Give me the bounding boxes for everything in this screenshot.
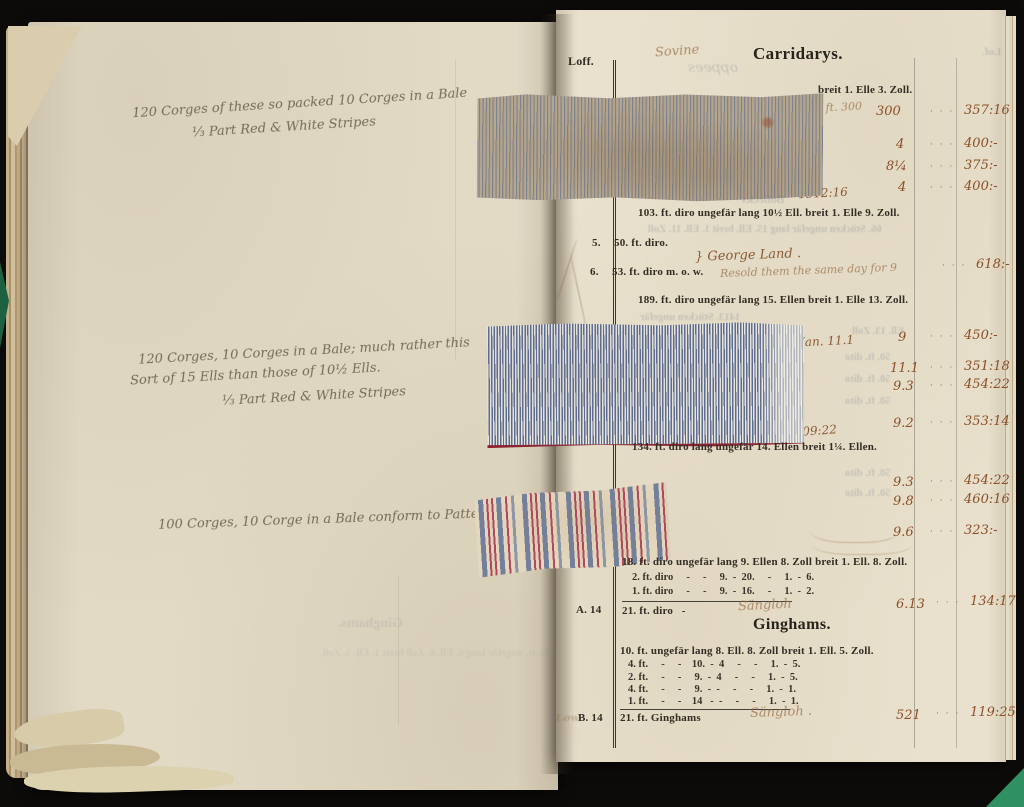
ledger-entry: 18. ft. diro ungefär lang 9. Ellen 8. Zo… (622, 556, 907, 568)
ledger-entry: 103. ft. diro ungefär lang 10½ Ell. brei… (638, 207, 900, 219)
qty-value: 300 (876, 104, 901, 119)
bale-mark: B. 14 (578, 712, 603, 724)
handwritten-annotation: Sängloh (738, 597, 792, 615)
page-title: Carridarys. (753, 44, 843, 64)
bale-mark: A. 14 (576, 604, 601, 616)
price-value: 9.3 (893, 379, 914, 394)
price-value: 6.13 (896, 597, 925, 612)
ghost-column-rule (455, 60, 456, 360)
qty-value: 4 (896, 137, 904, 152)
price-value: 9.3 (893, 475, 914, 490)
ledger-entry: 53. ft. diro m. o. w. (612, 266, 703, 278)
price-value: 9.2 (893, 416, 914, 431)
entry-number: 5. (592, 237, 601, 249)
showthrough-text: 50. ft. dito (845, 352, 891, 363)
ledger-entry: 10. ft. ungefär lang 8. Ell. 8. Zoll bre… (620, 645, 874, 657)
size-line: breit 1. Elle 3. Zoll. (818, 84, 912, 96)
green-accent-corner (986, 768, 1024, 807)
ledger-table-row: 4. ft. - - 9. - - - - 1. - 1. (628, 684, 796, 695)
showthrough-text: 50. ft. dito (845, 488, 891, 499)
showthrough-text: Lof. (982, 46, 1001, 58)
showthrough-text: 50. ft. dito (845, 396, 891, 407)
showthrough-text: 50. ft. dito (845, 468, 891, 479)
qty-value: 4 (898, 180, 906, 195)
amount-value: 375:- (930, 158, 998, 173)
fabric-swatch-blue-white-pinstripe (487, 322, 805, 448)
amount-value: 134:17 (936, 594, 1016, 609)
section-title-ginghams: Ginghams. (753, 616, 831, 634)
price-value: 9 (898, 330, 906, 345)
showthrough-text: 50. ft. dito (845, 374, 891, 385)
column-header-loff: Loff. (568, 54, 594, 69)
handwritten-annotation: Jan. 11.1 (800, 333, 855, 350)
photograph-of-ledger-book: Ginghams. 10. ft. ungefär lang 8. Ell. 8… (0, 0, 1024, 807)
ledger-total-row: 21. ft. diro - (622, 605, 686, 617)
showthrough-text: Ell. 13. Zoll (852, 326, 904, 337)
price-value: 11.1 (890, 361, 919, 376)
amount-value: 353:14 (930, 414, 1010, 429)
showthrough-text: 66. Stücken ungefär lang 15. Ell. breit … (648, 224, 882, 235)
ledger-table-row: 1. ft. diro - - 9. - 16. - 1. - 2. (632, 586, 814, 597)
handwritten-annotation: Sängloh . (750, 704, 812, 721)
amount-value: 400:- (930, 136, 998, 151)
ledger-column-rule (914, 58, 915, 748)
handwriting-scribble (812, 530, 912, 555)
amount-value: 400:- (930, 179, 998, 194)
ledger-table-row: 4. ft. - - 10. - 4 - - 1. - 5. (628, 659, 800, 670)
fabric-swatch-tan-blue-pinstripe (477, 91, 824, 203)
amount-value: 460:16 (930, 492, 1010, 507)
faded-mark: Low (556, 712, 579, 724)
handwritten-header: Sovine (655, 42, 700, 60)
entry-number: 6. (590, 266, 599, 278)
amount-value: 618:- (942, 257, 1010, 272)
showthrough-text: 1413. Stücken ungefär (640, 312, 740, 323)
ledger-table-row: 2. ft. - - 9. - 4 - - 1. - 5. (628, 672, 798, 683)
amount-value: 119:25 (936, 705, 1016, 720)
amount-value: 454:22 (930, 473, 1010, 488)
showthrough-text: Bollecks (742, 192, 785, 207)
showthrough-text: Ginghams. (338, 616, 403, 632)
qty-value: 8¼ (886, 159, 907, 174)
ledger-entry: 134. ft. diro lang ungefär 14. Ellen bre… (632, 441, 877, 453)
ledger-entry: 50. ft. diro. (614, 237, 668, 249)
showthrough-text: oppees (688, 60, 738, 76)
ledger-total-row: 21. ft. Ginghams (620, 712, 701, 724)
ledger-table-row: 2. ft. diro - - 9. - 20. - 1. - 6. (632, 572, 814, 583)
price-value: 9.8 (893, 494, 914, 509)
amount-value: 351:18 (930, 359, 1010, 374)
amount-value: 357:16 (930, 103, 1010, 118)
showthrough-text: 10. ft. ungefär lang 8. Ell. 8. Zoll bre… (320, 648, 551, 659)
ledger-entry: 189. ft. diro ungefär lang 15. Ellen bre… (638, 294, 908, 306)
price-value: 521 (896, 708, 921, 723)
amount-value: 454:22 (930, 377, 1010, 392)
amount-value: 323:- (930, 523, 998, 538)
amount-value: 450:- (930, 328, 998, 343)
